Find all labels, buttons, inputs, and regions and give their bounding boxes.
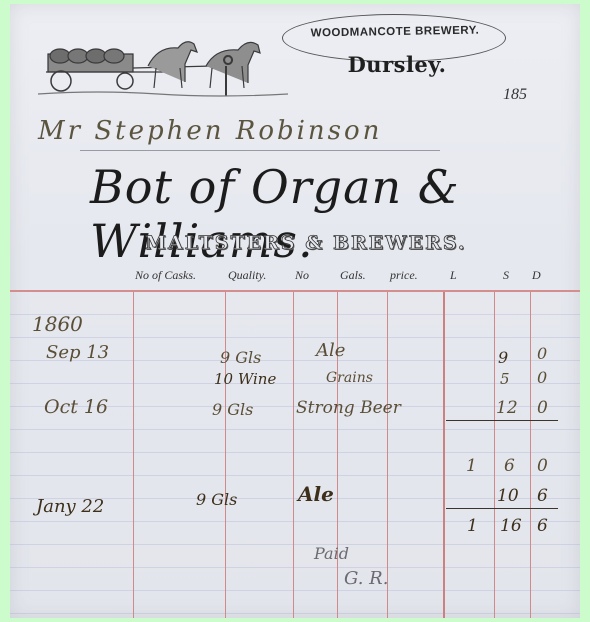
entry-date: Oct 16 [44,396,108,418]
column-divider [494,292,495,618]
horse-drawn-beer-wagon-engraving-icon [38,16,288,101]
subtotal-pounds: 1 [466,456,477,476]
entry-shillings: 10 [497,486,519,506]
customer-underline [80,150,440,151]
entry-shillings: 9 [498,348,508,367]
subtotal-shillings: 6 [504,456,515,476]
entry-quality: Ale [316,340,345,361]
column-header-pence: D [532,268,541,283]
payee-initials: G. R. [344,568,388,589]
total-shillings: 16 [500,516,522,536]
column-header-gals: Gals. [340,268,366,283]
entry-casks: 9 Gls [220,348,261,367]
total-pounds: 1 [467,516,478,536]
column-divider [293,292,294,618]
entry-casks: 9 Gls [212,400,253,419]
entry-quality: Strong Beer [296,398,401,418]
date-year-prefix: 185 [503,86,527,104]
column-header-price: price. [390,268,418,283]
customer-name: Mr Stephen Robinson [38,116,382,146]
entry-quality: Ale [298,482,334,506]
entry-date: Sep 13 [46,342,109,363]
entry-pence: 0 [537,344,547,363]
entry-casks: 9 Gls [196,490,237,509]
entry-quality: Grains [326,370,373,386]
town-name: Dursley. [332,52,462,77]
total-pence: 6 [537,516,548,536]
column-header-quality: Quality. [228,268,266,283]
column-divider [443,292,445,618]
column-header-pounds: L [450,268,457,283]
subtotal-pence: 0 [537,456,548,476]
column-divider [530,292,531,618]
entry-pence: 0 [537,368,547,387]
entry-pence: 0 [537,398,548,418]
entry-pence: 6 [537,486,548,506]
column-divider [225,292,226,618]
entry-underline [446,420,558,421]
column-header-shillings: S [503,268,509,283]
entry-shillings: 5 [500,370,510,388]
paid-mark: Paid [314,544,349,563]
entry-date: 1860 [32,312,83,336]
column-header-casks: No of Casks. [135,268,196,283]
entry-underline [446,508,558,509]
entry-date: Jany 22 [36,496,104,517]
entry-shillings: 12 [496,398,518,418]
entry-casks: 10 Wine [214,370,276,388]
column-divider [133,292,134,618]
seller-trade: MALTSTERS & BREWERS. [145,232,467,254]
column-header-no: No [295,268,309,283]
